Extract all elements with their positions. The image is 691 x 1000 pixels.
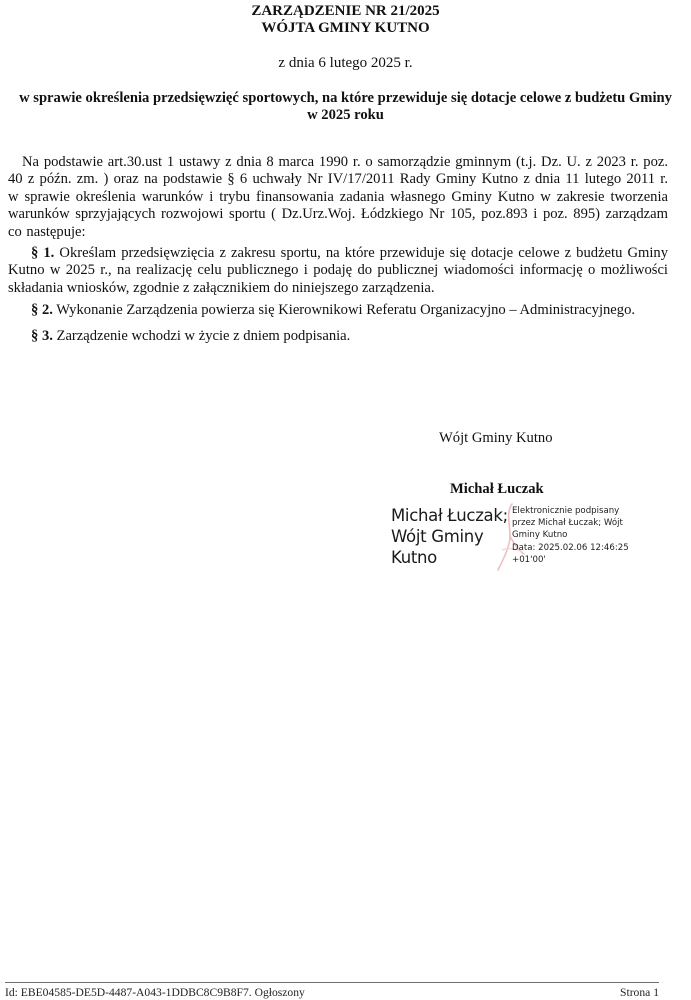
document-date: z dnia 6 lutego 2025 r. [0,55,691,72]
paragraph-3-label: § 3. [31,328,53,344]
document-page: ZARZĄDZENIE NR 21/2025 WÓJTA GMINY KUTNO… [0,0,691,1000]
subject-line-2: w 2025 roku [8,107,683,124]
paragraph-2: § 2. Wykonanie Zarządzenia powierza się … [8,302,668,319]
signature-date: Data: 2025.02.06 12:46:25 [512,542,629,554]
signer-role: Wójt Gminy Kutno [439,430,553,447]
paragraph-2-label: § 2. [31,302,53,318]
document-issuer: WÓJTA GMINY KUTNO [0,20,691,37]
signer-name: Michał Łuczak [450,481,544,498]
subject-line-1: w sprawie określenia przedsięwzięć sport… [8,90,683,107]
signature-detail-line: Gminy Kutno [512,529,629,541]
paragraph-3-text: Zarządzenie wchodzi w życie z dniem podp… [53,328,350,344]
footer-document-id: Id: EBE04585-DE5D-4487-A043-1DDBC8C9B8F7… [5,986,305,999]
electronic-signature-block[interactable]: Michał Łuczak; Wójt Gminy Kutno Elektron… [388,502,638,574]
paragraph-3: § 3. Zarządzenie wchodzi w życie z dniem… [8,328,668,345]
document-subject: w sprawie określenia przedsięwzięć sport… [8,90,683,124]
signature-details: Elektronicznie podpisany przez Michał Łu… [512,505,629,566]
signature-detail-line: Elektronicznie podpisany [512,505,629,517]
paragraph-1-label: § 1. [31,245,54,261]
paragraph-1-text: Określam przedsięwzięcia z zakresu sport… [8,245,668,296]
footer-page-number: Strona 1 [620,986,659,999]
signature-detail-line: przez Michał Łuczak; Wójt [512,517,629,529]
footer-divider [5,982,659,983]
paragraph-1: § 1. Określam przedsięwzięcia z zakresu … [8,245,668,297]
legal-basis-paragraph: Na podstawie art.30.ust 1 ustawy z dnia … [8,154,668,241]
document-title: ZARZĄDZENIE NR 21/2025 [0,3,691,20]
paragraph-2-text: Wykonanie Zarządzenia powierza się Kiero… [53,302,635,318]
signature-timezone: +01'00' [512,554,629,566]
